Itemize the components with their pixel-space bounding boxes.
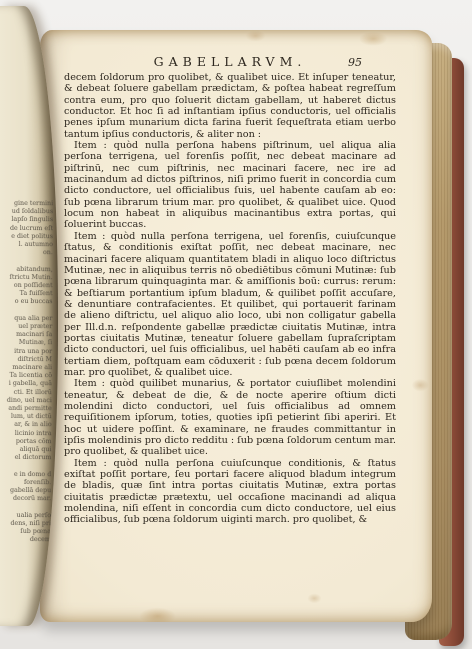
book-photo: GABELLARVM. 95 decem ſoldorum pro quolib…	[0, 0, 472, 649]
body-text: decem ſoldorum pro quolibet, & qualibet …	[64, 72, 396, 526]
page-number: 95	[348, 56, 362, 69]
printed-text-block: GABELLARVM. 95 decem ſoldorum pro quolib…	[64, 54, 396, 526]
paragraph-item-2: Item : quòd nulla perſona terrigena, uel…	[64, 231, 396, 378]
facing-page-text-fragments: gine termini ud ſoldalibus lapſo ſinguli…	[0, 200, 53, 545]
paragraph-item-4: Item : quòd nulla perſona cuiuſcunque co…	[64, 458, 396, 526]
running-title: GABELLARVM.	[154, 54, 307, 69]
running-title-row: GABELLARVM. 95	[64, 54, 396, 70]
paragraph-item-1: Item : quòd nulla perſona habens piſtrin…	[64, 140, 396, 231]
paragraph-item-3: Item : quòd quilibet munarius, & portato…	[64, 378, 396, 457]
paragraph-continuation: decem ſoldorum pro quolibet, & qualibet …	[64, 72, 396, 140]
book-page-recto: GABELLARVM. 95 decem ſoldorum pro quolib…	[40, 30, 432, 622]
